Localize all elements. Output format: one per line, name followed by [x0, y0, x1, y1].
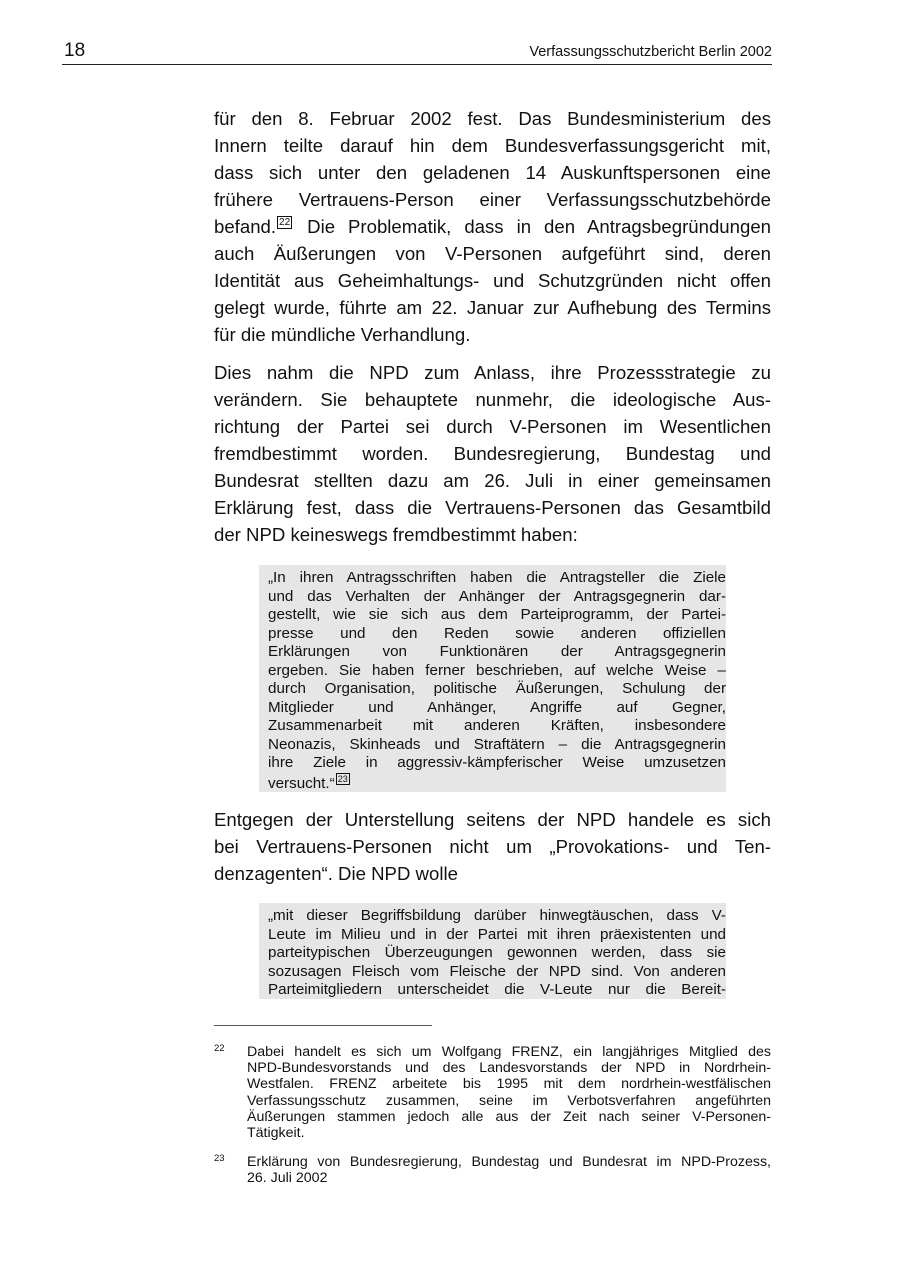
text-line: Dies nahm die NPD zum Anlass, ihre Proze… [214, 359, 771, 386]
footnote-ref-22[interactable]: 22 [277, 216, 292, 229]
quote-line: Neonazis, Skinheads und Straftätern – di… [268, 736, 726, 755]
text-line: befand.22 Die Problematik, dass in den A… [214, 213, 771, 240]
quote-line: versucht.“23 [268, 773, 726, 794]
text-fragment: befand. [214, 216, 276, 237]
page-header: 18 Verfassungsschutzbericht Berlin 2002 [62, 38, 772, 65]
footnote-separator [214, 1025, 432, 1026]
footnote-text: Erklärung von Bundesregierung, Bundestag… [247, 1154, 771, 1186]
running-title: Verfassungsschutzbericht Berlin 2002 [529, 44, 772, 60]
footnote-ref-23[interactable]: 23 [336, 773, 350, 785]
text-line: Innern teilte darauf hin dem Bundesverfa… [214, 132, 771, 159]
footnote-line: Äußerungen stammen jedoch alle aus der Z… [247, 1109, 771, 1125]
text-line: verändern. Sie behauptete nunmehr, die i… [214, 386, 771, 413]
text-line: Erklärung fest, dass die Vertrauens-Pers… [214, 494, 771, 521]
quote-line: ergeben. Sie haben ferner beschrieben, a… [268, 662, 726, 681]
paragraph-3: Entgegen der Unterstellung seitens der N… [214, 806, 771, 887]
text-line: bei Vertrauens-Personen nicht um „Provok… [214, 833, 771, 860]
footnote-number: 23 [214, 1151, 225, 1167]
quote-line: ihre Ziele in aggressiv-kämpferischer We… [268, 754, 726, 773]
footnote-line: Erklärung von Bundesregierung, Bundestag… [247, 1154, 771, 1170]
quote-line: Parteimitgliedern unterscheidet die V-Le… [268, 981, 726, 1000]
text-line: frühere Vertrauens-Person einer Verfassu… [214, 186, 771, 213]
text-line: auch Äußerungen von V-Personen aufgeführ… [214, 240, 771, 267]
text-line: Identität aus Geheimhaltungs- und Schutz… [214, 267, 771, 294]
paragraph-1: für den 8. Februar 2002 fest. Das Bundes… [214, 105, 771, 348]
footnote-line: NPD-Bundesvorstands und des Landesvorsta… [247, 1060, 771, 1076]
text-fragment: Die Problematik, dass in den Antragsbegr… [294, 216, 771, 237]
quote-line: Leute im Milieu und in der Partei mit ih… [268, 926, 726, 945]
quote-line: gestellt, wie sie sich aus dem Parteipro… [268, 606, 726, 625]
text-line: fremdbestimmt worden. Bundesregierung, B… [214, 440, 771, 467]
footnote-line: Westfalen. FRENZ arbeitete bis 1995 mit … [247, 1076, 771, 1092]
footnote-line: Tätigkeit. [247, 1125, 771, 1141]
text-line: Entgegen der Unterstellung seitens der N… [214, 806, 771, 833]
text-line: denzagenten“. Die NPD wolle [214, 860, 771, 887]
footnote-line: 26. Juli 2002 [247, 1170, 771, 1186]
quote-line: parteitypischen Überzeugungen gewonnen w… [268, 944, 726, 963]
quote-line: „mit dieser Begriffsbildung darüber hinw… [268, 907, 726, 926]
quote-line: Zusammenarbeit mit anderen Kräften, insb… [268, 717, 726, 736]
paragraph-2: Dies nahm die NPD zum Anlass, ihre Proze… [214, 359, 771, 548]
text-line: der NPD keineswegs fremdbestimmt haben: [214, 521, 771, 548]
text-line: für die mündliche Verhandlung. [214, 321, 771, 348]
footnote-text: Dabei handelt es sich um Wolfgang FRENZ,… [247, 1044, 771, 1141]
footnote-line: Dabei handelt es sich um Wolfgang FRENZ,… [247, 1044, 771, 1060]
text-line: richtung der Partei sei durch V-Personen… [214, 413, 771, 440]
text-line: gelegt wurde, führte am 22. Januar zur A… [214, 294, 771, 321]
quote-line: presse und den Reden sowie anderen offiz… [268, 625, 726, 644]
block-quote-2: „mit dieser Begriffsbildung darüber hinw… [259, 903, 726, 999]
footnote-number: 22 [214, 1041, 225, 1057]
text-line: für den 8. Februar 2002 fest. Das Bundes… [214, 105, 771, 132]
footnote-line: Verfassungsschutz zusammen, seine im Ver… [247, 1093, 771, 1109]
quote-line: und das Verhalten der Anhänger der Antra… [268, 588, 726, 607]
quote-line: sozusagen Fleisch vom Fleische der NPD s… [268, 963, 726, 982]
block-quote-1: „In ihren Antragsschriften haben die Ant… [259, 565, 726, 792]
quote-line: Mitglieder und Anhänger, Angriffe auf Ge… [268, 699, 726, 718]
quote-line: „In ihren Antragsschriften haben die Ant… [268, 569, 726, 588]
quote-line: Erklärungen von Funktionären der Antrags… [268, 643, 726, 662]
text-line: Bundesrat stellten dazu am 26. Juli in e… [214, 467, 771, 494]
quote-line: durch Organisation, politische Äußerunge… [268, 680, 726, 699]
text-line: dass sich unter den geladenen 14 Auskunf… [214, 159, 771, 186]
page-number: 18 [64, 40, 85, 62]
text-fragment: versucht.“ [268, 775, 335, 792]
